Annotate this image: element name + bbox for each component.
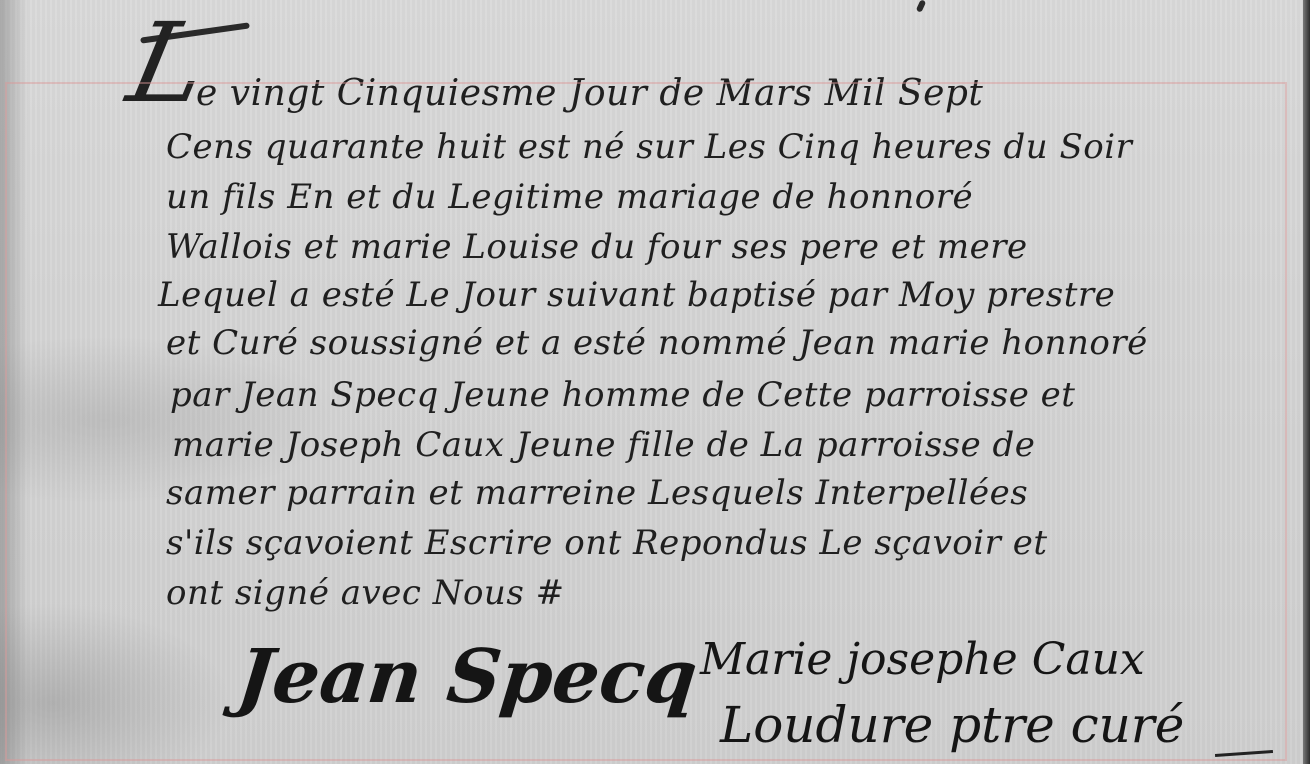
text-line-6: et Curé soussigné et a esté nommé Jean m… xyxy=(166,326,1148,360)
godfather-signature: Jean Specq xyxy=(234,640,700,714)
text-line-2: Cens quarante huit est né sur Les Cinq h… xyxy=(166,130,1132,164)
text-line-5: Lequel a esté Le Jour suivant baptisé pa… xyxy=(158,278,1115,312)
page-edge-shadow xyxy=(0,0,28,764)
signature-flourish xyxy=(1215,750,1273,757)
text-line-11: ont signé avec Nous # xyxy=(166,576,565,610)
priest-signature: Loudure ptre curé xyxy=(720,700,1184,750)
text-line-3: un fils En et du Legitime mariage de hon… xyxy=(166,180,973,214)
text-line-4: Wallois et marie Louise du four ses pere… xyxy=(166,230,1028,264)
scan-right-edge xyxy=(1303,0,1310,764)
text-line-9: samer parrain et marreine Lesquels Inter… xyxy=(166,476,1028,510)
text-line-1: e vingt Cinquiesme Jour de Mars Mil Sept xyxy=(196,76,983,112)
previous-entry-ink-tail xyxy=(916,0,927,13)
text-line-7: par Jean Specq Jeune homme de Cette parr… xyxy=(170,378,1075,412)
godmother-signature: Marie josephe Caux xyxy=(700,638,1145,682)
text-line-8: marie Joseph Caux Jeune fille de La parr… xyxy=(172,428,1035,462)
register-page: L e vingt Cinquiesme Jour de Mars Mil Se… xyxy=(0,0,1310,764)
text-line-10: s'ils sçavoient Escrire ont Repondus Le … xyxy=(166,526,1048,560)
